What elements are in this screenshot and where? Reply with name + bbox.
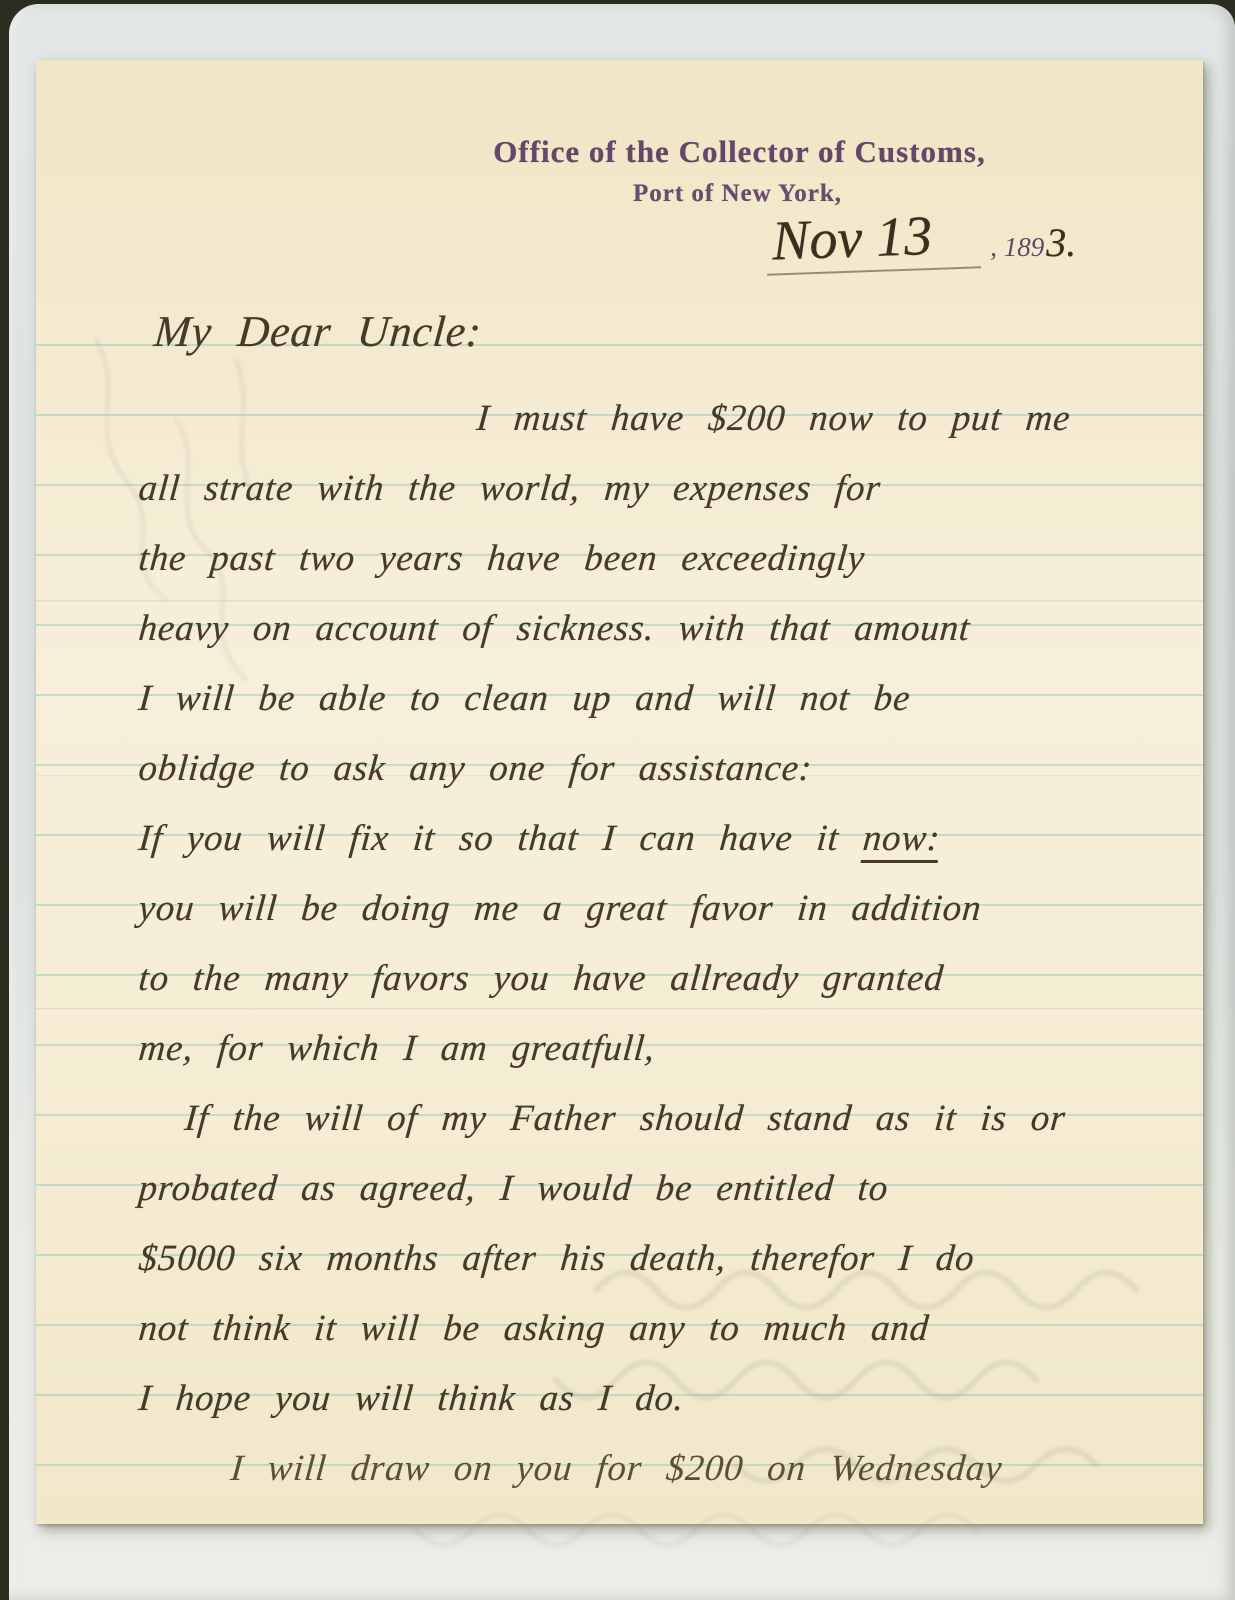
body-line: to the many favors you have allready gra… (136, 940, 1191, 1010)
body-line: I will be able to clean up and will not … (136, 660, 1191, 730)
body-line: me, for which I am greatfull, (136, 1010, 1191, 1080)
body-line: If the will of my Father should stand as… (136, 1080, 1191, 1150)
body-line: $5000 six months after his death, theref… (136, 1220, 1191, 1290)
body-line-text: If you will fix it so that I can have it (137, 818, 865, 859)
salutation: My Dear Uncle: (136, 295, 1192, 380)
body-line: the past two years have been exceedingly (136, 520, 1191, 590)
body-line: not think it will be asking any to much … (136, 1290, 1191, 1360)
date-line: Nov 13 , 189 3. (766, 206, 1076, 272)
letter-body: My Dear Uncle: I must have $200 now to p… (136, 295, 1185, 1500)
handwritten-date-day: Nov 13 (765, 202, 981, 275)
body-line: I must have $200 now to put me (136, 380, 1191, 450)
body-line: heavy on account of sickness. with that … (136, 590, 1191, 660)
underlined-word: now: (861, 818, 942, 863)
letterhead-office-line: Office of the Collector of Customs, (156, 134, 1235, 170)
body-line: all strate with the world, my expenses f… (136, 450, 1191, 520)
letter-paper: Office of the Collector of Customs, Port… (36, 60, 1203, 1524)
body-line: I will draw on you for $200 on Wednesday (136, 1430, 1191, 1500)
body-line: If you will fix it so that I can have it… (136, 800, 1191, 870)
body-line: I hope you will think as I do. (136, 1360, 1191, 1430)
body-line: oblidge to ask any one for assistance: (136, 730, 1191, 800)
printed-year-prefix: , 189 (990, 232, 1044, 263)
scanned-letter: Office of the Collector of Customs, Port… (0, 0, 1235, 1600)
body-line: you will be doing me a great favor in ad… (136, 870, 1191, 940)
letterhead-port-line: Port of New York, (154, 180, 1235, 208)
handwritten-year-digit: 3. (1046, 219, 1076, 266)
body-line: probated as agreed, I would be entitled … (136, 1150, 1191, 1220)
